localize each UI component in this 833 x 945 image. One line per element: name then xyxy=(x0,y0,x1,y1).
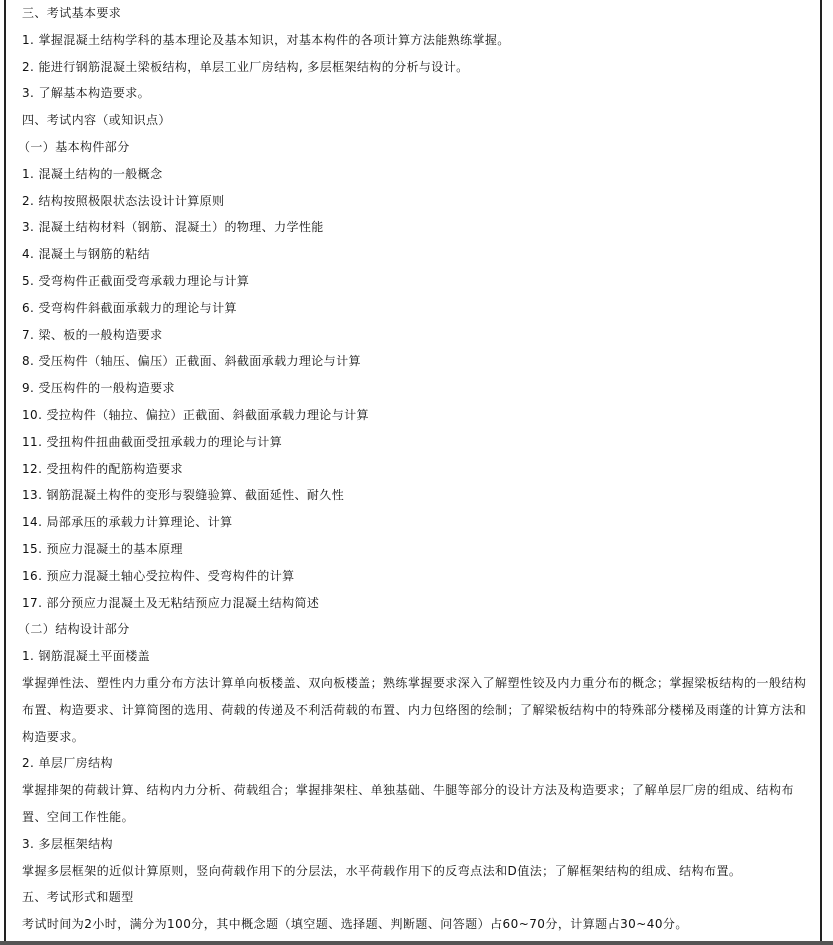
subsection-title: 2. 单层厂房结构 xyxy=(22,750,812,777)
list-item: 15. 预应力混凝土的基本原理 xyxy=(22,536,812,563)
document-content: 三、考试基本要求 1. 掌握混凝土结构学科的基本理论及基本知识，对基本构件的各项… xyxy=(22,0,812,938)
section-heading: 五、考试形式和题型 xyxy=(22,884,812,911)
list-item: 12. 受扭构件的配筋构造要求 xyxy=(22,456,812,483)
list-item: 8. 受压构件（轴压、偏压）正截面、斜截面承载力理论与计算 xyxy=(22,348,812,375)
bottom-divider xyxy=(0,941,833,945)
list-item: 10. 受拉构件（轴拉、偏拉）正截面、斜截面承载力理论与计算 xyxy=(22,402,812,429)
list-item: 13. 钢筋混凝土构件的变形与裂缝验算、截面延性、耐久性 xyxy=(22,482,812,509)
subsection-title: 3. 多层框架结构 xyxy=(22,831,812,858)
paragraph: 考试时间为2小时，满分为100分，其中概念题（填空题、选择题、判断题、问答题）占… xyxy=(22,911,812,938)
list-item: 2. 结构按照极限状态法设计计算原则 xyxy=(22,188,812,215)
section-heading: 三、考试基本要求 xyxy=(22,0,812,27)
list-item: 6. 受弯构件斜截面承载力的理论与计算 xyxy=(22,295,812,322)
list-item: 5. 受弯构件正截面受弯承载力理论与计算 xyxy=(22,268,812,295)
list-item: 17. 部分预应力混凝土及无粘结预应力混凝土结构简述 xyxy=(22,590,812,617)
list-item: 3. 了解基本构造要求。 xyxy=(22,80,812,107)
paragraph: 掌握弹性法、塑性内力重分布方法计算单向板楼盖、双向板楼盖；熟练掌握要求深入了解塑… xyxy=(22,670,812,750)
list-item: 1. 掌握混凝土结构学科的基本理论及基本知识，对基本构件的各项计算方法能熟练掌握… xyxy=(22,27,812,54)
list-item: 7. 梁、板的一般构造要求 xyxy=(22,322,812,349)
paragraph: 掌握多层框架的近似计算原则，竖向荷载作用下的分层法，水平荷载作用下的反弯点法和D… xyxy=(22,858,812,885)
list-item: 2. 能进行钢筋混凝土梁板结构，单层工业厂房结构, 多层框架结构的分析与设计。 xyxy=(22,54,812,81)
list-item: 9. 受压构件的一般构造要求 xyxy=(22,375,812,402)
subsection-title: 1. 钢筋混凝土平面楼盖 xyxy=(22,643,812,670)
list-item: 1. 混凝土结构的一般概念 xyxy=(22,161,812,188)
list-item: 3. 混凝土结构材料（钢筋、混凝土）的物理、力学性能 xyxy=(22,214,812,241)
section-heading: 四、考试内容（或知识点） xyxy=(22,107,812,134)
list-item: 11. 受扭构件扭曲截面受扭承载力的理论与计算 xyxy=(22,429,812,456)
paragraph: 掌握排架的荷载计算、结构内力分析、荷载组合；掌握排架柱、单独基础、牛腿等部分的设… xyxy=(22,777,812,831)
subsection-heading: （二）结构设计部分 xyxy=(18,616,812,643)
list-item: 4. 混凝土与钢筋的粘结 xyxy=(22,241,812,268)
list-item: 16. 预应力混凝土轴心受拉构件、受弯构件的计算 xyxy=(22,563,812,590)
document-page: 三、考试基本要求 1. 掌握混凝土结构学科的基本理论及基本知识，对基本构件的各项… xyxy=(4,0,822,941)
subsection-heading: （一）基本构件部分 xyxy=(18,134,812,161)
list-item: 14. 局部承压的承载力计算理论、计算 xyxy=(22,509,812,536)
